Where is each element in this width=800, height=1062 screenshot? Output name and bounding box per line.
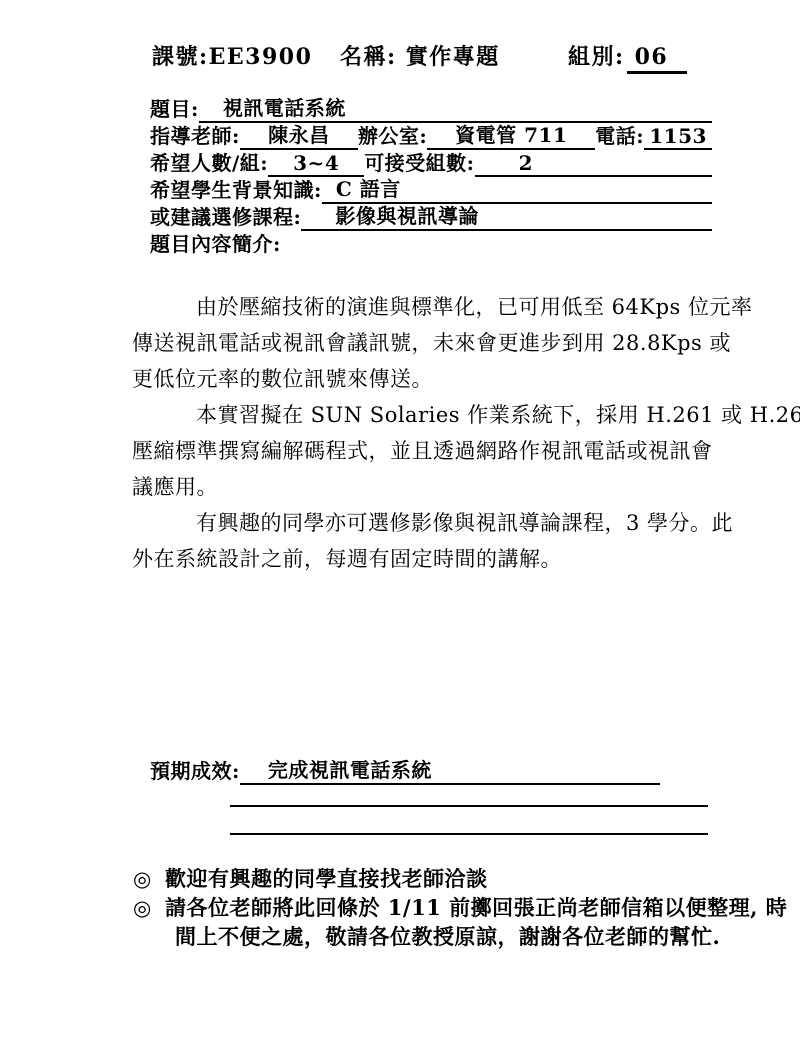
groups-value: 2 bbox=[519, 151, 533, 175]
blank-writing-line bbox=[230, 805, 708, 807]
group-number-label: 組別: bbox=[568, 44, 625, 70]
form-row-members: 希望人數/組: 3~4 可接受組數: 2 bbox=[150, 150, 712, 177]
outcome-value: 完成視訊電話系統 bbox=[268, 754, 432, 783]
office-label: 辦公室: bbox=[358, 120, 427, 150]
expected-outcome-row: 預期成效: 完成視訊電話系統 bbox=[150, 759, 660, 785]
background-value: C 語言 bbox=[336, 173, 401, 202]
paragraph-line: 有興趣的同學亦可選修影像與視訊導論課程，3 學分。此 bbox=[132, 505, 727, 541]
elective-label: 或建議選修課程: bbox=[150, 201, 301, 231]
intro-label: 題目內容簡介: bbox=[150, 228, 281, 258]
advisor-value: 陳永昌 bbox=[268, 119, 330, 148]
bullseye-bullet-icon: ◎ bbox=[133, 864, 165, 893]
office-value: 資電管 711 bbox=[455, 119, 567, 148]
phone-underline: 1153 bbox=[644, 125, 712, 150]
header-group-number: 組別:06 bbox=[568, 40, 687, 74]
outcome-underline: 完成視訊電話系統 bbox=[240, 760, 660, 785]
project-description: 由於壓縮技術的演進與標準化，已可用低至 64Kps 位元率 傳送視訊電話或視訊會… bbox=[132, 289, 727, 577]
paragraph-line: 由於壓縮技術的演進與標準化，已可用低至 64Kps 位元率 bbox=[132, 289, 727, 325]
title-value: 視訊電話系統 bbox=[223, 92, 346, 121]
blank-writing-line bbox=[230, 833, 708, 835]
form-row-advisor: 指導老師: 陳永昌 辦公室: 資電管 711 電話: 1153 bbox=[150, 123, 712, 150]
note-line: 間上不便之處，敬請各位教授原諒，謝謝各位老師的幫忙. bbox=[165, 922, 787, 951]
paragraph-line: 外在系統設計之前，每週有固定時間的講解。 bbox=[132, 541, 727, 577]
elective-underline: 影像與視訊導論 bbox=[301, 206, 712, 231]
course-name-label: 名稱: bbox=[340, 44, 397, 70]
form-row-title: 題目: 視訊電話系統 bbox=[150, 96, 712, 123]
members-label: 希望人數/組: bbox=[150, 147, 268, 177]
advisor-label: 指導老師: bbox=[150, 120, 240, 150]
title-label: 題目: bbox=[150, 93, 199, 123]
members-value: 3~4 bbox=[293, 151, 339, 175]
outcome-label: 預期成效: bbox=[150, 755, 240, 785]
elective-value: 影像與視訊導論 bbox=[335, 200, 479, 229]
course-name-value: 實作專題 bbox=[406, 44, 500, 70]
phone-label: 電話: bbox=[595, 120, 644, 150]
background-label: 希望學生背景知識: bbox=[150, 174, 322, 204]
form-row-elective: 或建議選修課程: 影像與視訊導論 bbox=[150, 204, 712, 231]
phone-value: 1153 bbox=[649, 124, 707, 148]
paragraph-line: 本實習擬在 SUN Solaries 作業系統下，採用 H.261 或 H.26… bbox=[132, 397, 727, 433]
header-course-name: 名稱: 實作專題 bbox=[340, 40, 500, 71]
note-line: 歡迎有興趣的同學直接找老師洽談 bbox=[165, 864, 768, 893]
header-course-number: 課號:EE3900 bbox=[152, 40, 312, 71]
group-number-value: 06 bbox=[627, 44, 687, 74]
note-item: ◎ 請各位老師將此回條於 1/11 前擲回張正尚老師信箱以便整理, 時 間上不便… bbox=[133, 893, 768, 951]
project-form: 題目: 視訊電話系統 指導老師: 陳永昌 辦公室: 資電管 711 電話: 11… bbox=[150, 96, 712, 258]
note-item: ◎ 歡迎有興趣的同學直接找老師洽談 bbox=[133, 864, 768, 893]
paragraph-line: 更低位元率的數位訊號來傳送。 bbox=[132, 361, 727, 397]
bullseye-bullet-icon: ◎ bbox=[133, 893, 165, 922]
note-text: 請各位老師將此回條於 1/11 前擲回張正尚老師信箱以便整理, 時 間上不便之處… bbox=[165, 893, 787, 951]
footer-notes: ◎ 歡迎有興趣的同學直接找老師洽談 ◎ 請各位老師將此回條於 1/11 前擲回張… bbox=[133, 864, 768, 951]
note-text: 歡迎有興趣的同學直接找老師洽談 bbox=[165, 864, 768, 893]
course-number-value: EE3900 bbox=[209, 44, 313, 70]
course-number-label: 課號: bbox=[152, 44, 209, 70]
paragraph-line: 壓縮標準撰寫編解碼程式，並且透過網路作視訊電話或視訊會 bbox=[132, 433, 727, 469]
paragraph-line: 傳送視訊電話或視訊會議訊號，未來會更進步到用 28.8Kps 或 bbox=[132, 325, 727, 361]
form-row-intro: 題目內容簡介: bbox=[150, 231, 712, 258]
paragraph-line: 議應用。 bbox=[132, 469, 727, 505]
document-page: 課號:EE3900 名稱: 實作專題 組別:06 題目: 視訊電話系統 指導老師… bbox=[0, 0, 800, 1062]
groups-underline: 2 bbox=[475, 152, 712, 177]
note-line: 請各位老師將此回條於 1/11 前擲回張正尚老師信箱以便整理, 時 bbox=[165, 893, 787, 922]
